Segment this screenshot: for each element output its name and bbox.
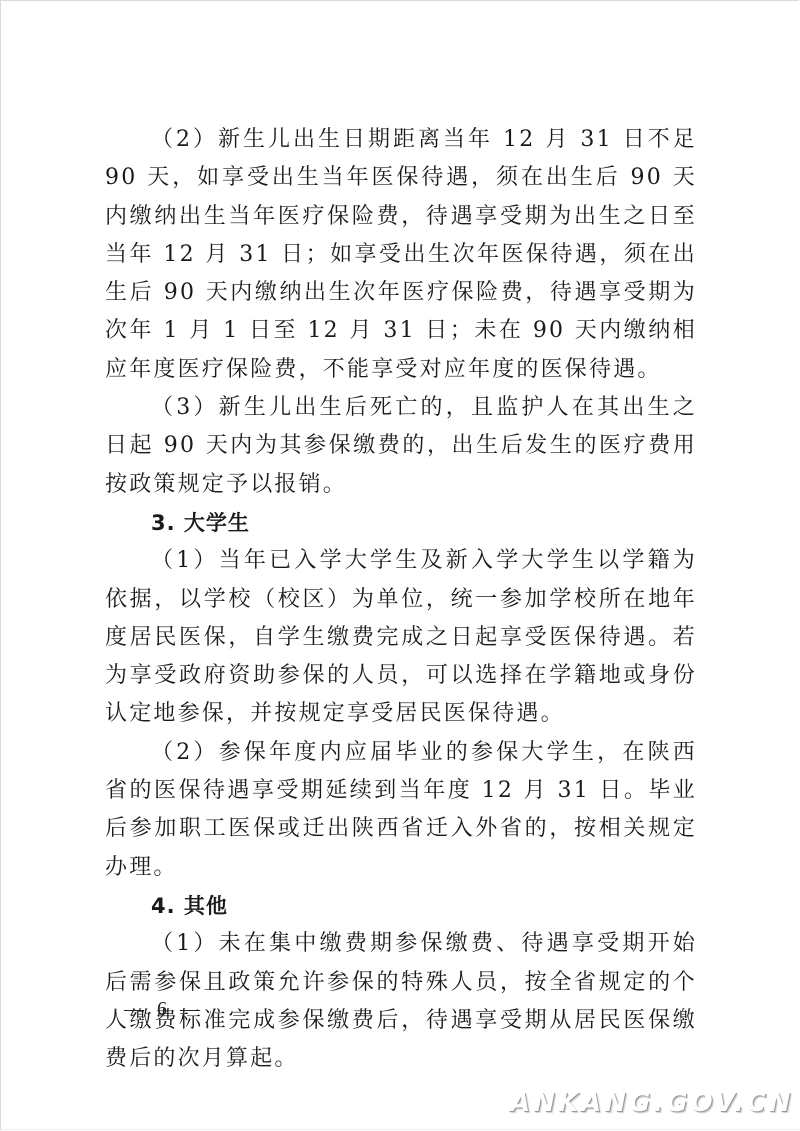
site-watermark: ANKANG.GOV.CN: [510, 1088, 793, 1118]
page-number: — 6 —: [124, 998, 204, 1021]
section-heading-college-students: 3. 大学生: [105, 504, 697, 542]
document-body: （2）新生儿出生日期距离当年 12 月 31 日不足 90 天，如享受出生当年医…: [105, 121, 697, 1078]
paragraph-college-1: （1）当年已入学大学生及新入学大学生以学籍为依据，以学校（校区）为单位，统一参加…: [105, 542, 697, 733]
paragraph-college-2: （2）参保年度内应届毕业的参保大学生，在陕西省的医保待遇享受期延续到当年度 12…: [105, 734, 697, 887]
paragraph-newborn-2: （2）新生儿出生日期距离当年 12 月 31 日不足 90 天，如享受出生当年医…: [105, 121, 697, 389]
section-heading-others: 4. 其他: [105, 887, 697, 925]
paragraph-newborn-3: （3）新生儿出生后死亡的，且监护人在其出生之日起 90 天内为其参保缴费的，出生…: [105, 389, 697, 504]
